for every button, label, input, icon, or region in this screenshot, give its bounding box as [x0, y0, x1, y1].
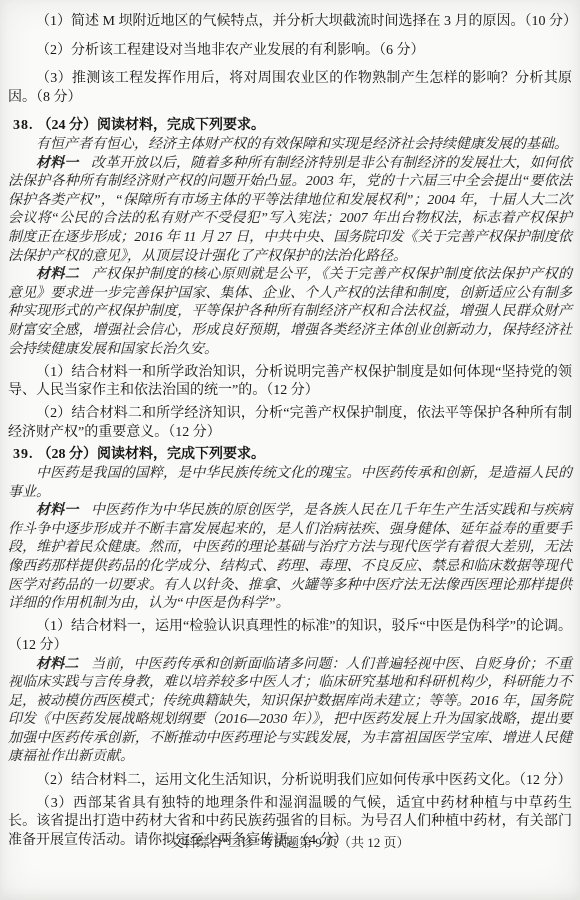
question-headline: 39.（28 分）阅读材料，完成下列要求。 [8, 446, 572, 465]
material-paragraph: 材料二产权保护制度的核心原则就是公平，《关于完善产权保护制度依法保护产权的意见》… [8, 266, 572, 359]
question-part: （1）结合材料一和所学政治知识，分析说明完善产权保护制度是如何体现“坚持党的领导… [8, 364, 572, 401]
question-part: （2）结合材料二，运用文化生活知识，分析说明我们应如何传承中医药文化。（12 分… [8, 772, 572, 791]
question-37-continued: （1）简述 M 坝附近地区的气候特点，并分析大坝截流时间选择在 3 月的原因。（… [8, 13, 572, 107]
question-part: （2）分析该工程建设对当地非农产业发展的有利影响。（6 分） [8, 42, 572, 61]
question-number: 39. [13, 447, 34, 462]
question-39: 39.（28 分）阅读材料，完成下列要求。中医药是我国的国粹，是中华民族传统文化… [8, 446, 572, 850]
exam-page: （1）简述 M 坝附近地区的气候特点，并分析大坝截流时间选择在 3 月的原因。（… [0, 0, 580, 900]
material-text: 当前，中医药传承和创新面临诸多问题：人们普遍轻视中医、自贬身价；不重视临床实践与… [8, 657, 572, 765]
material-text: 中医药作为中华民族的原创医学，是各族人民在几千年生产生活实践和与疾病作斗争中逐步… [8, 503, 572, 611]
question-part: （2）结合材料二和所学经济知识，分析“完善产权保护制度，依法平等保护各种所有制经… [8, 405, 572, 442]
intro-paragraph: 有恒产者有恒心，经济主体财产权的有效保障和实现是经济社会持续健康发展的基础。 [8, 136, 572, 155]
question-38: 38.（24 分）阅读材料，完成下列要求。有恒产者有恒心，经济主体财产权的有效保… [8, 117, 572, 442]
material-paragraph: 材料二当前，中医药传承和创新面临诸多问题：人们普遍轻视中医、自贬身价；不重视临床… [8, 656, 572, 768]
intro-paragraph: 中医药是我国的国粹，是中华民族传统文化的瑰宝。中医药传承和创新，是造福人民的事业… [8, 465, 572, 502]
question-instruction: （24 分）阅读材料，完成下列要求。 [38, 118, 266, 133]
material-label: 材料二 [36, 657, 78, 672]
question-number: 38. [13, 118, 34, 133]
material-label: 材料一 [36, 156, 78, 171]
question-instruction: （28 分）阅读材料，完成下列要求。 [38, 447, 266, 462]
material-paragraph: 材料一改革开放以后，随着多种所有制经济特别是非公有制经济的发展壮大，如何依法保护… [8, 155, 572, 267]
question-list: （1）简述 M 坝附近地区的气候特点，并分析大坝截流时间选择在 3 月的原因。（… [8, 13, 572, 850]
material-label: 材料一 [36, 503, 78, 518]
material-paragraph: 材料一中医药作为中华民族的原创医学，是各族人民在几千年生产生活实践和与疾病作斗争… [8, 502, 572, 614]
material-label: 材料二 [36, 267, 79, 282]
question-part: （1）简述 M 坝附近地区的气候特点，并分析大坝截流时间选择在 3 月的原因。（… [8, 13, 572, 32]
question-headline: 38.（24 分）阅读材料，完成下列要求。 [8, 117, 572, 136]
question-part: （3）推测该工程发挥作用后，将对周围农业区的作物熟制产生怎样的影响？分析其原因。… [8, 70, 572, 107]
material-text: 产权保护制度的核心原则就是公平，《关于完善产权保护制度依法保护产权的意见》要求进… [8, 267, 572, 356]
page-footer: 文科综合“二诊”考试题第 9 页（共 12 页） [0, 834, 580, 853]
question-part: （1）结合材料一，运用“检验认识真理性的标准”的知识，驳斥“中医是伪科学”的论调… [8, 618, 572, 655]
material-text: 改革开放以后，随着多种所有制经济特别是非公有制经济的发展壮大，如何依法保护各种所… [8, 156, 572, 264]
